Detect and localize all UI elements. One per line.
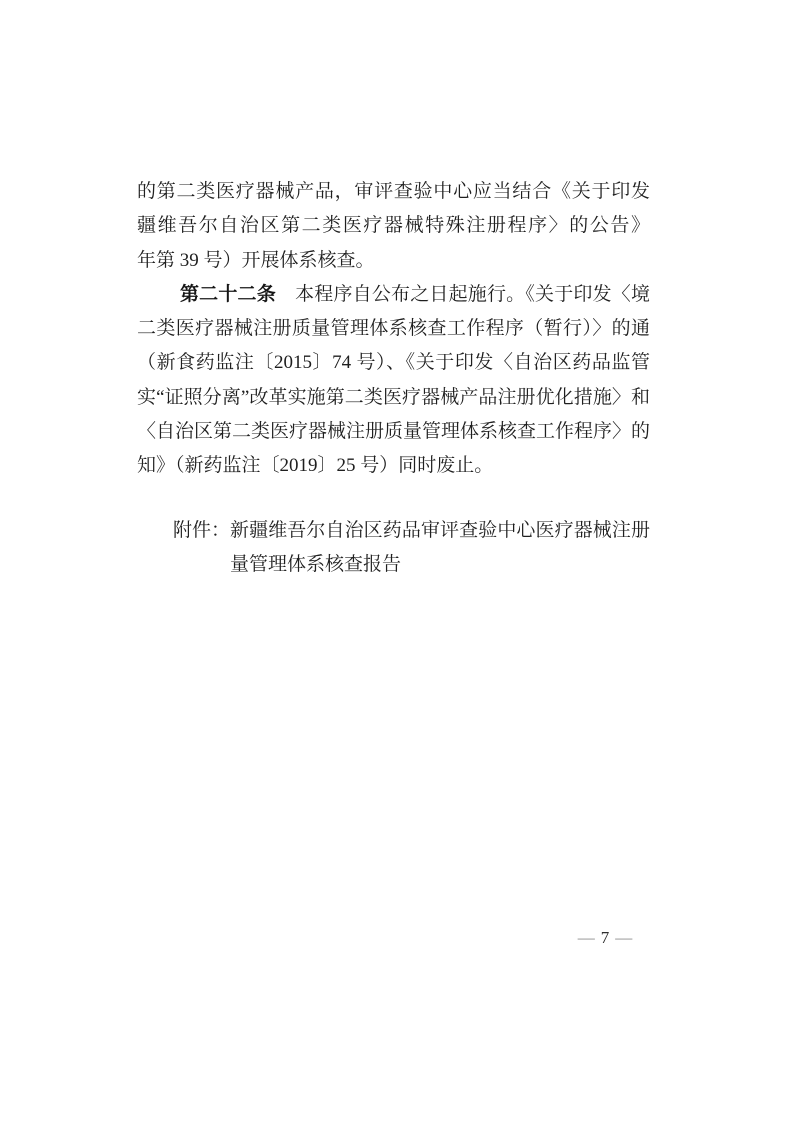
document-page: 的第二类医疗器械产品，审评查验中心应当结合《关于印发〈新 疆维吾尔自治区第二类医… bbox=[0, 0, 793, 1122]
attachment-line-2: 量管理体系核查报告 bbox=[230, 548, 650, 582]
paragraph2-line-2: 二类医疗器械注册质量管理体系核查工作程序（暂行）〉的通知》 bbox=[137, 312, 650, 346]
page-number-footer: — 7 — bbox=[560, 926, 650, 950]
page-number-dash-right: — bbox=[615, 928, 632, 948]
page-number-dash-left: — bbox=[578, 928, 595, 948]
article-number-heading: 第二十二条 bbox=[180, 284, 276, 305]
page-number: 7 bbox=[601, 928, 610, 948]
attachment-block: 附件： 新疆维吾尔自治区药品审评查验中心医疗器械注册质 量管理体系核查报告 bbox=[173, 514, 650, 583]
body-text-block: 的第二类医疗器械产品，审评查验中心应当结合《关于印发〈新 疆维吾尔自治区第二类医… bbox=[137, 175, 650, 484]
paragraph1-line-1: 的第二类医疗器械产品，审评查验中心应当结合《关于印发〈新 bbox=[137, 175, 650, 209]
attachment-line-1: 新疆维吾尔自治区药品审评查验中心医疗器械注册质 bbox=[230, 514, 650, 548]
attachment-label: 附件： bbox=[173, 514, 230, 548]
attachment-text: 新疆维吾尔自治区药品审评查验中心医疗器械注册质 量管理体系核查报告 bbox=[230, 514, 650, 583]
paragraph2-line-5: 〈自治区第二类医疗器械注册质量管理体系核查工作程序〉的通 bbox=[137, 415, 650, 449]
paragraph2-line-3: （新食药监注〔2015〕74 号）、《关于印发〈自治区药品监管局落 bbox=[137, 346, 650, 380]
paragraph2-line-1: 第二十二条 本程序自公布之日起施行。《关于印发〈境内第 bbox=[137, 278, 650, 312]
paragraph1-line-2: 疆维吾尔自治区第二类医疗器械特殊注册程序〉的公告》（2021 bbox=[137, 209, 650, 243]
paragraph2-line-6: 知》（新药监注〔2019〕25 号）同时废止。 bbox=[137, 449, 650, 483]
paragraph2-line-4: 实“证照分离”改革实施第二类医疗器械产品注册优化措施〉和 bbox=[137, 381, 650, 415]
paragraph1-line-3: 年第 39 号）开展体系核查。 bbox=[137, 244, 650, 278]
